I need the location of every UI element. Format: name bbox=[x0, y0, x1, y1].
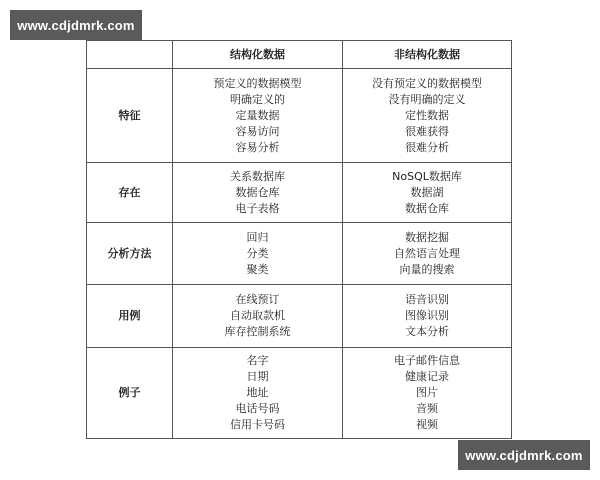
cell-line: 很难获得 bbox=[343, 124, 511, 140]
structured-cell: 回归分类聚类 bbox=[173, 223, 343, 285]
unstructured-cell: 语音识别图像识别文本分析 bbox=[343, 285, 512, 348]
table-row-use-cases: 用例在线预订自动取款机库存控制系统语音识别图像识别文本分析 bbox=[87, 285, 512, 348]
cell-line: 很难分析 bbox=[343, 140, 511, 156]
table-row-storage: 存在关系数据库数据仓库电子表格NoSQL数据库数据湖数据仓库 bbox=[87, 163, 512, 223]
cell-line: 聚类 bbox=[173, 262, 342, 278]
row-label: 特征 bbox=[87, 69, 173, 163]
row-label: 例子 bbox=[87, 348, 173, 439]
table-row-examples: 例子名字日期地址电话号码信用卡号码电子邮件信息健康记录图片音频视频 bbox=[87, 348, 512, 439]
cell-line: 数据仓库 bbox=[173, 185, 342, 201]
cell-line: 地址 bbox=[173, 385, 342, 401]
watermark-top: www.cdjdmrk.com bbox=[10, 10, 142, 40]
structured-cell: 关系数据库数据仓库电子表格 bbox=[173, 163, 343, 223]
header-empty bbox=[87, 41, 173, 69]
cell-line: 自然语言处理 bbox=[343, 246, 511, 262]
unstructured-cell: 没有预定义的数据模型没有明确的定义定性数据很难获得很难分析 bbox=[343, 69, 512, 163]
cell-line: 图像识别 bbox=[343, 308, 511, 324]
cell-line: 图片 bbox=[343, 385, 511, 401]
cell-line: 预定义的数据模型 bbox=[173, 76, 342, 92]
cell-line: 日期 bbox=[173, 369, 342, 385]
cell-line: 关系数据库 bbox=[173, 169, 342, 185]
cell-line: 容易访问 bbox=[173, 124, 342, 140]
comparison-table: 结构化数据 非结构化数据 特征预定义的数据模型明确定义的定量数据容易访问容易分析… bbox=[86, 40, 512, 439]
structured-cell: 在线预订自动取款机库存控制系统 bbox=[173, 285, 343, 348]
table-header-row: 结构化数据 非结构化数据 bbox=[87, 41, 512, 69]
cell-line: 电话号码 bbox=[173, 401, 342, 417]
cell-line: 数据仓库 bbox=[343, 201, 511, 217]
watermark-bottom: www.cdjdmrk.com bbox=[458, 440, 590, 470]
row-label: 用例 bbox=[87, 285, 173, 348]
cell-line: 名字 bbox=[173, 353, 342, 369]
cell-line: 视频 bbox=[343, 417, 511, 433]
cell-line: 数据湖 bbox=[343, 185, 511, 201]
cell-line: 音频 bbox=[343, 401, 511, 417]
cell-line: 回归 bbox=[173, 230, 342, 246]
table-row-features: 特征预定义的数据模型明确定义的定量数据容易访问容易分析没有预定义的数据模型没有明… bbox=[87, 69, 512, 163]
cell-line: 文本分析 bbox=[343, 324, 511, 340]
cell-line: 语音识别 bbox=[343, 292, 511, 308]
cell-line: 向量的搜索 bbox=[343, 262, 511, 278]
header-structured: 结构化数据 bbox=[173, 41, 343, 69]
cell-line: 电子邮件信息 bbox=[343, 353, 511, 369]
cell-line: 自动取款机 bbox=[173, 308, 342, 324]
cell-line: NoSQL数据库 bbox=[343, 169, 511, 185]
cell-line: 在线预订 bbox=[173, 292, 342, 308]
table-row-analysis-methods: 分析方法回归分类聚类数据挖掘自然语言处理向量的搜索 bbox=[87, 223, 512, 285]
cell-line: 信用卡号码 bbox=[173, 417, 342, 433]
unstructured-cell: NoSQL数据库数据湖数据仓库 bbox=[343, 163, 512, 223]
cell-line: 定量数据 bbox=[173, 108, 342, 124]
cell-line: 没有预定义的数据模型 bbox=[343, 76, 511, 92]
cell-line: 容易分析 bbox=[173, 140, 342, 156]
cell-line: 数据挖掘 bbox=[343, 230, 511, 246]
cell-line: 健康记录 bbox=[343, 369, 511, 385]
structured-cell: 名字日期地址电话号码信用卡号码 bbox=[173, 348, 343, 439]
cell-line: 明确定义的 bbox=[173, 92, 342, 108]
cell-line: 定性数据 bbox=[343, 108, 511, 124]
row-label: 分析方法 bbox=[87, 223, 173, 285]
structured-cell: 预定义的数据模型明确定义的定量数据容易访问容易分析 bbox=[173, 69, 343, 163]
cell-line: 库存控制系统 bbox=[173, 324, 342, 340]
header-unstructured: 非结构化数据 bbox=[343, 41, 512, 69]
cell-line: 电子表格 bbox=[173, 201, 342, 217]
unstructured-cell: 数据挖掘自然语言处理向量的搜索 bbox=[343, 223, 512, 285]
unstructured-cell: 电子邮件信息健康记录图片音频视频 bbox=[343, 348, 512, 439]
cell-line: 分类 bbox=[173, 246, 342, 262]
cell-line: 没有明确的定义 bbox=[343, 92, 511, 108]
row-label: 存在 bbox=[87, 163, 173, 223]
